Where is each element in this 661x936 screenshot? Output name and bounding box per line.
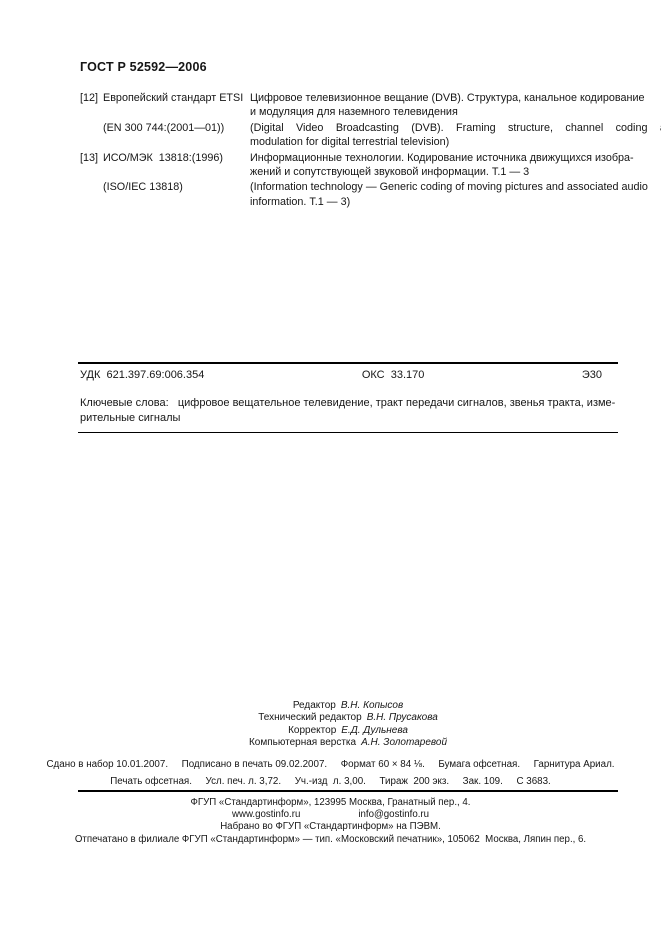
e-class-code: Э30 <box>582 369 602 381</box>
reference-title-line: (Information technology — Generic coding… <box>250 180 648 194</box>
reference-source: [13]ИСО/МЭК 13818:(1996) <box>80 151 250 180</box>
reference-title-line: и модуляция для наземного телевидения <box>250 105 645 119</box>
reference-title-ru: Информационные технологии. Кодирование и… <box>250 151 634 180</box>
divider-bottom <box>78 790 618 792</box>
reference-code: (EN 300 744:(2001—01)) <box>80 121 250 150</box>
reference-title-en: (Digital Video Broadcasting (DVB). Frami… <box>250 121 661 150</box>
reference-row: (EN 300 744:(2001—01)) (Digital Video Br… <box>80 121 630 150</box>
imprint-block: Сдано в набор 10.01.2007. Подписано в пе… <box>0 756 661 790</box>
reference-org: ИСО/МЭК 13818:(1996) <box>103 152 223 164</box>
editor-line: КорректорЕ.Д. Дульнева <box>78 725 618 737</box>
editor-role: Компьютерная верстка <box>249 737 356 748</box>
reference-row: (ISO/IEC 13818) (Information technology … <box>80 180 630 209</box>
publisher-contacts: www.gostinfo.ruinfo@gostinfo.ru <box>0 809 661 821</box>
editor-line: Компьютерная версткаА.Н. Золотаревой <box>78 737 618 749</box>
publisher-block: ФГУП «Стандартинформ», 123995 Москва, Гр… <box>0 797 661 846</box>
publisher-email: info@gostinfo.ru <box>358 809 429 820</box>
divider-top <box>78 362 618 364</box>
editor-role: Корректор <box>288 725 336 736</box>
imprint-line: Печать офсетная. Усл. печ. л. 3,72. Уч.-… <box>0 773 661 790</box>
keywords-block: Ключевые слова: цифровое вещательное тел… <box>80 396 625 425</box>
reference-title-line: (Digital Video Broadcasting (DVB). Frami… <box>250 121 661 135</box>
reference-number: [12] <box>80 91 103 105</box>
reference-source: [12]Европейский стандарт ETSI <box>80 91 250 120</box>
oks-code: ОКС 33.170 <box>362 369 425 381</box>
udk-code: УДК 621.397.69:006.354 <box>80 369 204 381</box>
publisher-website: www.gostinfo.ru <box>232 809 300 820</box>
editor-role: Редактор <box>293 700 336 711</box>
reference-number: [13] <box>80 151 103 165</box>
editor-role: Технический редактор <box>258 712 361 723</box>
editor-name: В.Н. Копысов <box>341 700 403 711</box>
keywords-line: рительные сигналы <box>80 411 625 426</box>
editor-name: А.Н. Золотаревой <box>361 737 447 748</box>
editors-block: РедакторВ.Н. Копысов Технический редакто… <box>78 700 618 750</box>
reference-code: (ISO/IEC 13818) <box>80 180 250 209</box>
editor-name: Е.Д. Дульнева <box>341 725 408 736</box>
keywords-line: Ключевые слова: цифровое вещательное тел… <box>80 396 625 411</box>
editor-line: РедакторВ.Н. Копысов <box>78 700 618 712</box>
reference-title-line: Цифровое телевизионное вещание (DVB). Ст… <box>250 91 645 105</box>
reference-org: Европейский стандарт ETSI <box>103 92 243 104</box>
imprint-line: Сдано в набор 10.01.2007. Подписано в пе… <box>0 756 661 773</box>
reference-title-line: information. Т.1 — 3) <box>250 195 648 209</box>
document-page: ГОСТ Р 52592—2006 [12]Европейский станда… <box>0 0 661 936</box>
reference-title-line: modulation for digital terrestrial telev… <box>250 135 661 149</box>
reference-row: [13]ИСО/МЭК 13818:(1996) Информационные … <box>80 151 630 180</box>
editor-line: Технический редакторВ.Н. Прусакова <box>78 712 618 724</box>
bibliography: [12]Европейский стандарт ETSI Цифровое т… <box>80 91 630 210</box>
reference-title-ru: Цифровое телевизионное вещание (DVB). Ст… <box>250 91 645 120</box>
publisher-printed: Отпечатано в филиале ФГУП «Стандартинфор… <box>0 834 661 846</box>
reference-title-line: Информационные технологии. Кодирование и… <box>250 151 634 165</box>
classification-row: УДК 621.397.69:006.354 ОКС 33.170 Э30 <box>80 369 602 381</box>
publisher-address: ФГУП «Стандартинформ», 123995 Москва, Гр… <box>0 797 661 809</box>
document-number: ГОСТ Р 52592—2006 <box>80 60 207 74</box>
divider-keywords <box>78 432 618 433</box>
reference-row: [12]Европейский стандарт ETSI Цифровое т… <box>80 91 630 120</box>
editor-name: В.Н. Прусакова <box>367 712 438 723</box>
reference-title-line: жений и сопутствующей звуковой информаци… <box>250 165 634 179</box>
reference-title-en: (Information technology — Generic coding… <box>250 180 648 209</box>
publisher-typeset: Набрано во ФГУП «Стандартинформ» на ПЭВМ… <box>0 821 661 833</box>
